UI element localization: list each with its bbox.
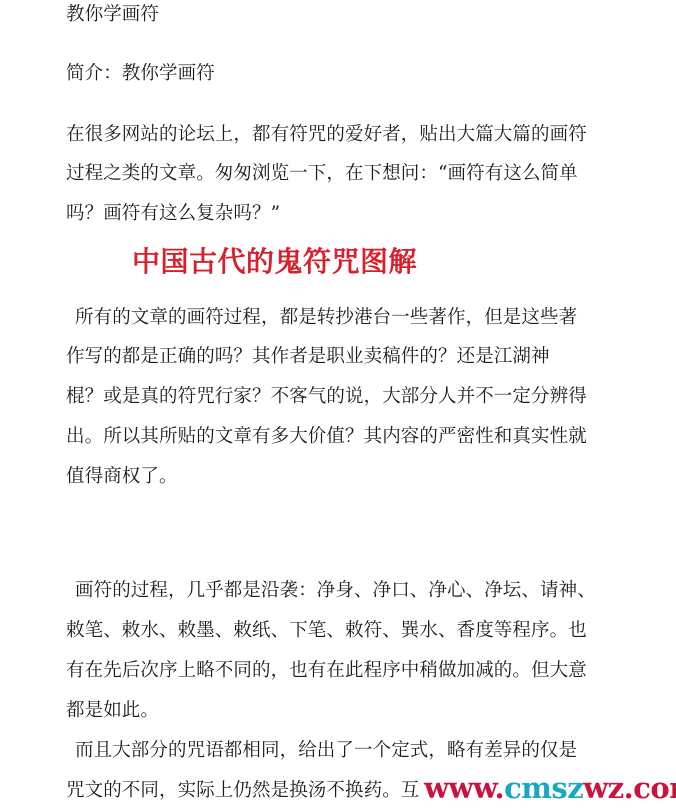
banner-title: 中国古代的鬼符咒图解 [132, 244, 417, 280]
paragraph-line: 棍？或是真的符咒行家？不客气的说，大部分人并不一定分辨得 [66, 386, 587, 408]
intro-line: 吗？画符有这么复杂吗？” [66, 203, 280, 225]
site-watermark: www.cmszwz.com [424, 772, 676, 804]
watermark-middle: cmsz [504, 771, 583, 805]
paragraph-line: 出。所以其所贴的文章有多大价值？其内容的严密性和真实性就 [66, 426, 587, 448]
paragraph-line: 所有的文章的画符过程，都是转抄港台一些著作，但是这些著 [75, 307, 577, 329]
paragraph-line: 有在先后次序上略不同的，也有在此程序中稍做加减的。但大意 [66, 660, 587, 682]
paragraph-line: 画符的过程，几乎都是沿袭：净身、净口、净心、净坛、请神、 [75, 580, 596, 602]
paragraph-line: 咒文的不同，实际上仍然是换汤不换药。互 [66, 780, 419, 802]
watermark-suffix: wz.com [583, 771, 676, 805]
paragraph-line: 敕笔、敕水、敕墨、敕纸、下笔、敕符、巽水、香度等程序。也 [66, 620, 587, 642]
intro-line: 过程之类的文章。匆匆浏览一下，在下想问：“画符有这么简单 [66, 163, 578, 185]
paragraph-line: 都是如此。 [66, 700, 159, 722]
paragraph-line: 而且大部分的咒语都相同，给出了一个定式，略有差异的仅是 [75, 740, 577, 762]
watermark-prefix: www. [424, 771, 504, 805]
document-title: 教你学画符 [66, 4, 159, 26]
document-summary: 简介：教你学画符 [66, 63, 215, 85]
paragraph-line: 值得商权了。 [66, 466, 178, 488]
intro-line: 在很多网站的论坛上，都有符咒的爱好者，贴出大篇大篇的画符 [66, 124, 587, 146]
paragraph-line: 作写的都是正确的吗？其作者是职业卖稿件的？还是江湖神 [66, 346, 550, 368]
